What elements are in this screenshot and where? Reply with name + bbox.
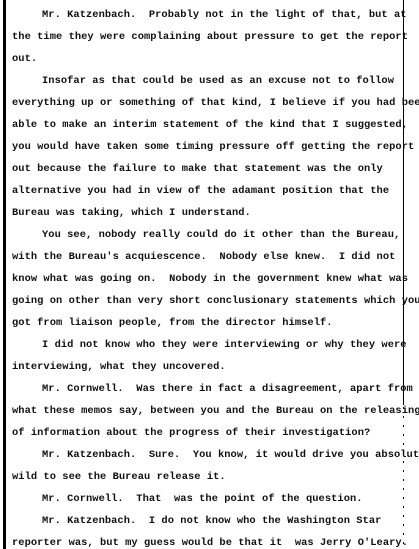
text-line: interviewing, what they uncovered. bbox=[12, 356, 402, 378]
text-line: alternative you had in view of the adama… bbox=[12, 180, 402, 202]
document-page: Mr. Katzenbach. Probably not in the ligh… bbox=[0, 0, 419, 549]
text-line: Mr. Cornwell. Was there in fact a disagr… bbox=[12, 378, 402, 400]
text-line: able to make an interim statement of the… bbox=[12, 114, 402, 136]
left-margin-rule bbox=[3, 0, 6, 549]
text-line: wild to see the Bureau release it. bbox=[12, 466, 402, 488]
text-line: out. bbox=[12, 48, 402, 70]
text-line: Mr. Katzenbach. I do not know who the Wa… bbox=[12, 510, 402, 532]
text-line: got from liaison people, from the direct… bbox=[12, 312, 402, 334]
text-line: reporter was, but my guess would be that… bbox=[12, 532, 402, 549]
text-line: of information about the progress of the… bbox=[12, 422, 402, 444]
text-line: Mr. Katzenbach. Sure. You know, it would… bbox=[12, 444, 402, 466]
text-line: Bureau was taking, which I understand. bbox=[12, 202, 402, 224]
text-line: You see, nobody really could do it other… bbox=[12, 224, 402, 246]
transcript-text: Mr. Katzenbach. Probably not in the ligh… bbox=[12, 4, 402, 549]
text-line: Insofar as that could be used as an excu… bbox=[12, 70, 402, 92]
text-line: Mr. Katzenbach. Probably not in the ligh… bbox=[12, 4, 402, 26]
text-line: what these memos say, between you and th… bbox=[12, 400, 402, 422]
text-line: you would have taken some timing pressur… bbox=[12, 136, 402, 158]
text-line: everything up or something of that kind,… bbox=[12, 92, 402, 114]
text-line: Mr. Cornwell. That was the point of the … bbox=[12, 488, 402, 510]
text-line: I did not know who they were interviewin… bbox=[12, 334, 402, 356]
text-line: with the Bureau's acquiescence. Nobody e… bbox=[12, 246, 402, 268]
text-line: out because the failure to make that sta… bbox=[12, 158, 402, 180]
text-line: the time they were complaining about pre… bbox=[12, 26, 402, 48]
text-line: going on other than very short conclusio… bbox=[12, 290, 402, 312]
right-margin-dots bbox=[403, 407, 404, 547]
text-line: know what was going on. Nobody in the go… bbox=[12, 268, 402, 290]
